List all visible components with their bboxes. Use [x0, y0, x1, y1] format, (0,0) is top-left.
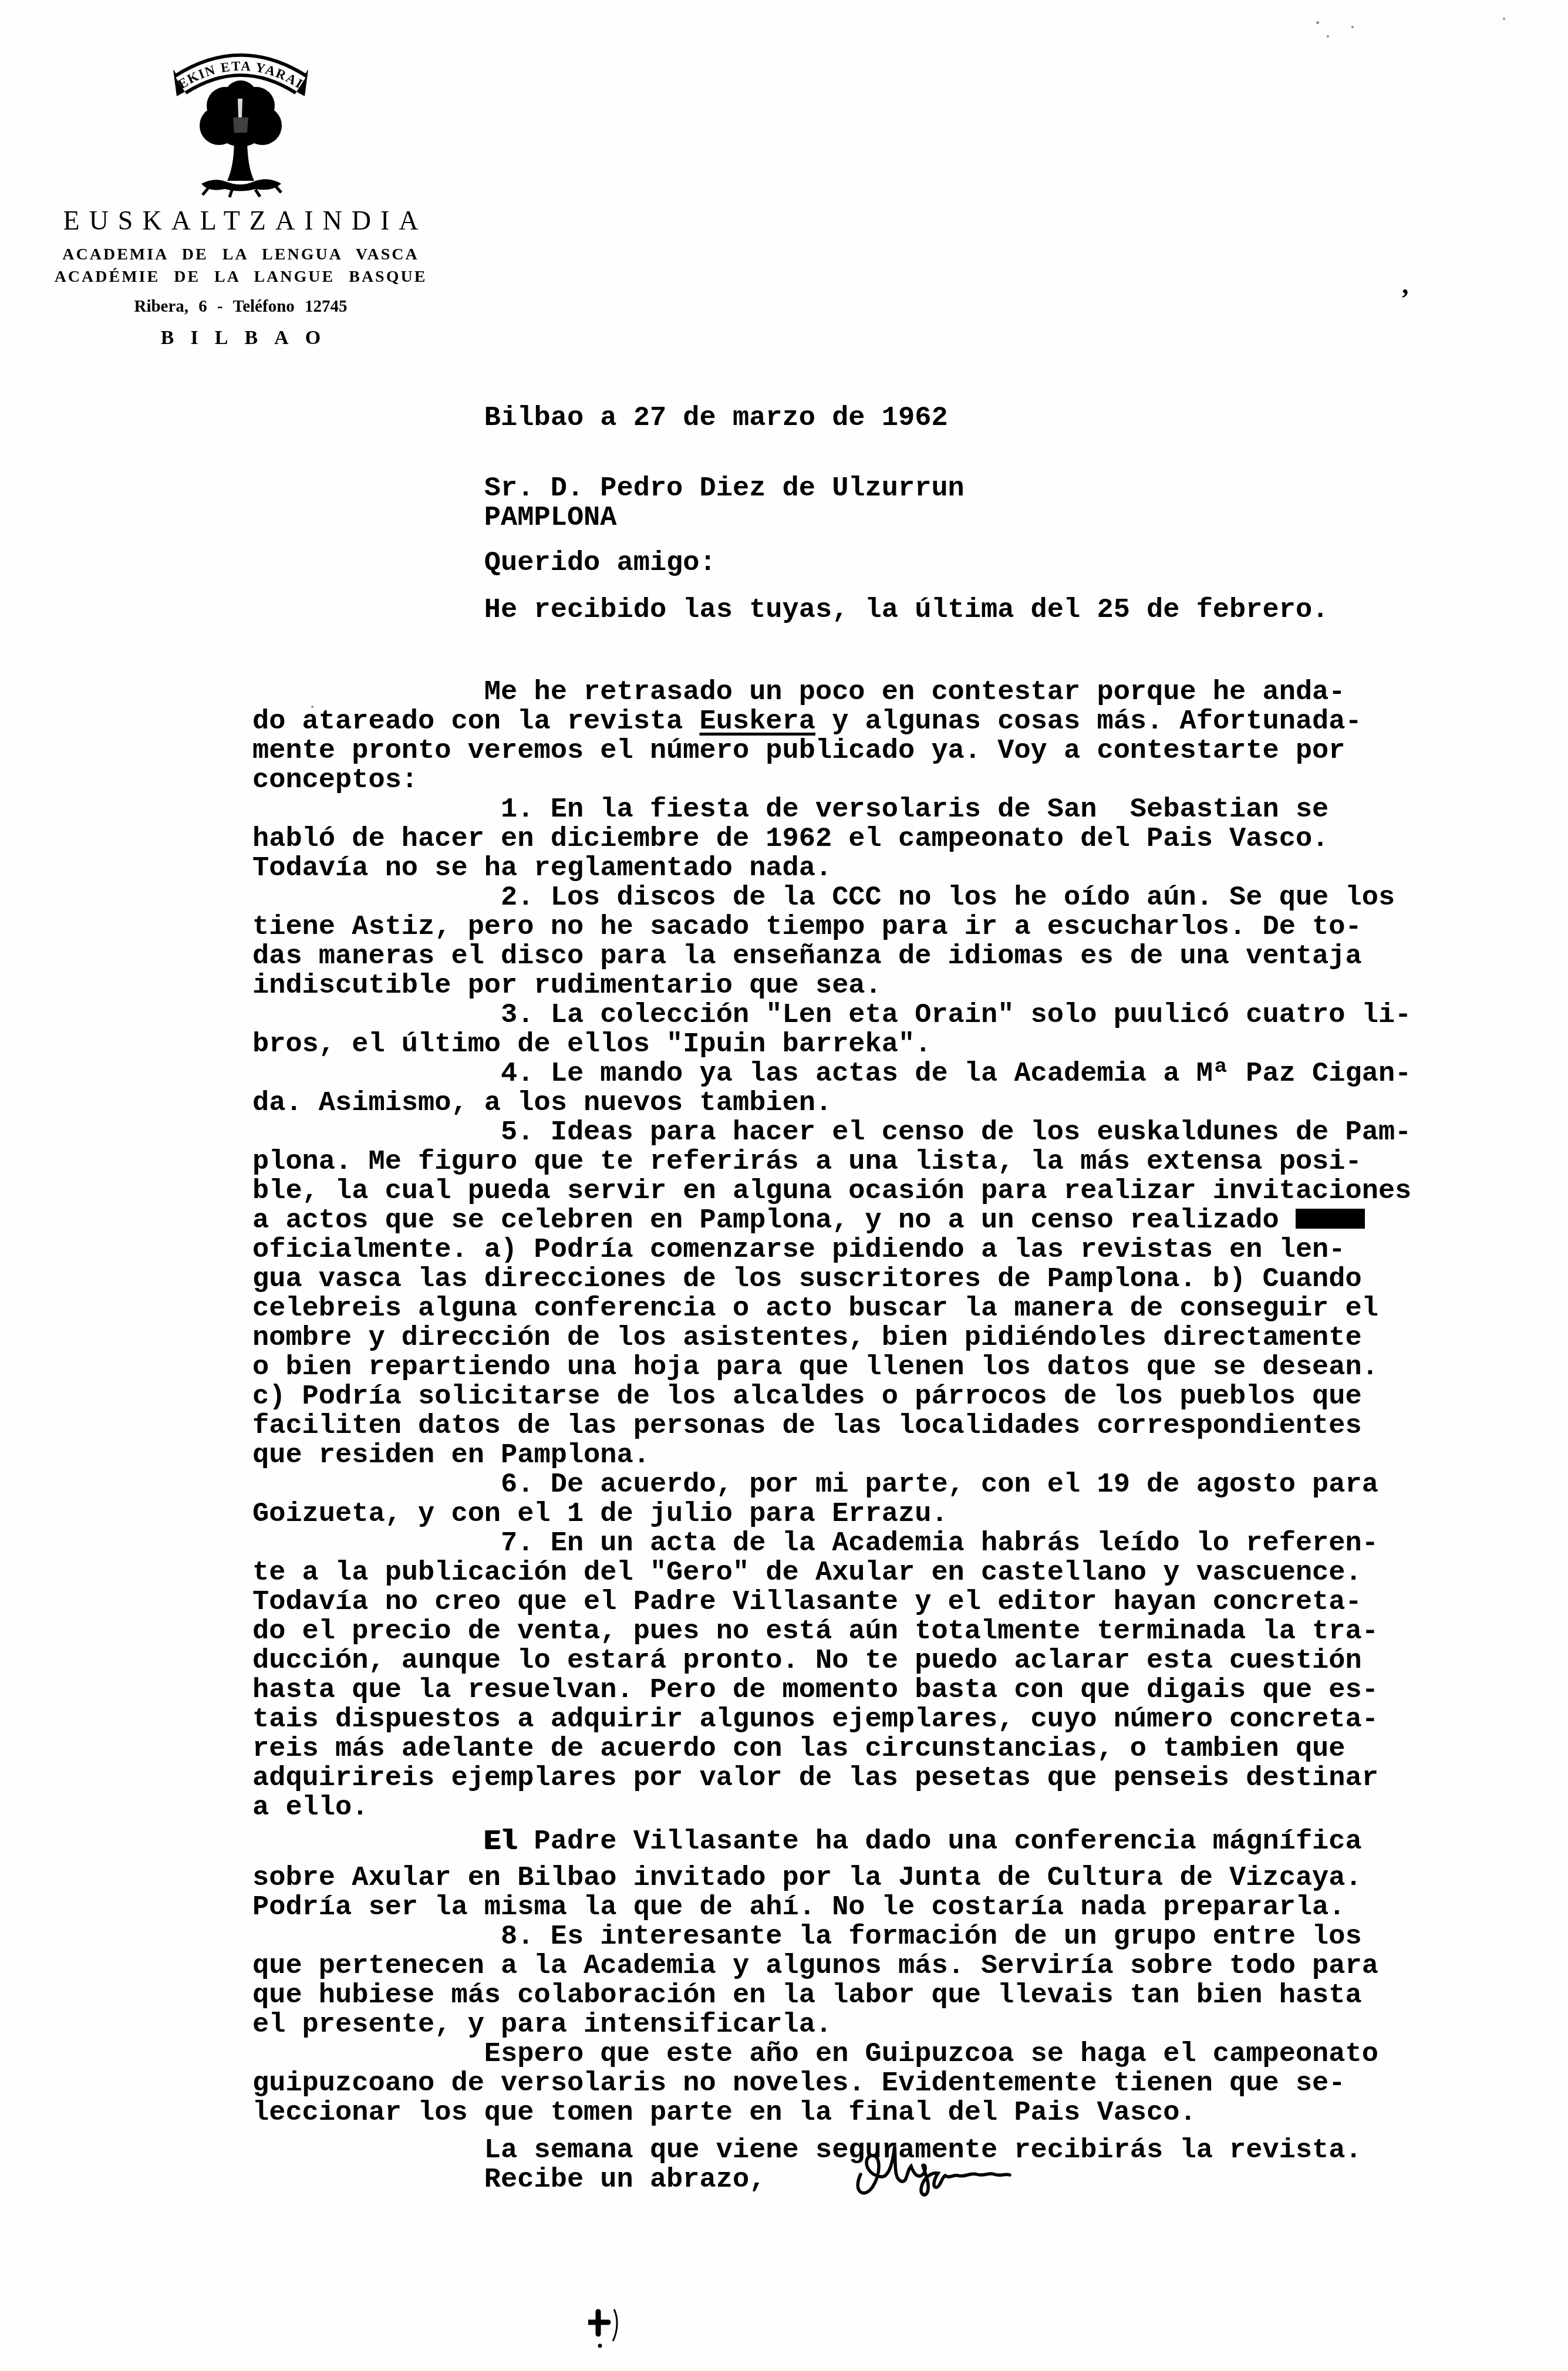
letter-line: ducción, aunque lo estará pronto. No te … — [252, 1647, 1544, 1676]
letter-text: faciliten datos de las personas de las l… — [252, 1411, 1362, 1442]
letter-text: El — [484, 1826, 517, 1857]
letter-text: 6. De acuerdo, por mi parte, con el 19 d… — [501, 1469, 1378, 1500]
letter-line: que pertenecen a la Academia y algunos m… — [252, 1952, 1544, 1981]
letter-line: plona. Me figuro que te referirás a una … — [252, 1148, 1544, 1177]
letter-text: adquirireis ejemplares por valor de las … — [252, 1763, 1378, 1794]
letter-line: te a la publicación del "Gero" de Axular… — [252, 1559, 1544, 1588]
letter-text: celebreis alguna conferencia o acto busc… — [252, 1293, 1378, 1324]
letter-text: 1. En la fiesta de versolaris de San Seb… — [501, 794, 1328, 825]
letter-text: bros, el último de ellos "Ipuin barreka"… — [252, 1029, 931, 1060]
letter-text: Todavía no se ha reglamentado nada. — [252, 853, 832, 884]
scan-speck — [1327, 35, 1329, 38]
letter-line: oficialmente. a) Podría comenzarse pidie… — [252, 1236, 1544, 1265]
letter-text: el presente, y para intensificarla. — [252, 2009, 832, 2041]
scan-speck — [1503, 18, 1505, 20]
scan-speck — [311, 706, 313, 708]
letter-line: sobre Axular en Bilbao invitado por la J… — [252, 1864, 1544, 1893]
letter-text: habló de hacer en diciembre de 1962 el c… — [252, 824, 1328, 855]
letter-text: 4. Le mando ya las actas de la Academia … — [501, 1058, 1411, 1090]
letter-text: Sr. D. Pedro Diez de Ulzurrun — [484, 473, 965, 504]
letter-line: Todavía no creo que el Padre Villasante … — [252, 1588, 1544, 1617]
tree-roots — [201, 179, 281, 191]
letter-text: o bien repartiendo una hoja para que lle… — [252, 1352, 1378, 1383]
letterhead-name: EUSKALTZAINDIA — [32, 205, 449, 236]
letter-text: Me he retrasado un poco en contestar por… — [484, 677, 1346, 708]
letter-line: adquirireis ejemplares por valor de las … — [252, 1764, 1544, 1793]
scanned-letter-page: EKIN ETA YARAI EUSKALTZAINDIA ACADEMIA D… — [0, 0, 1568, 2371]
letter-text: do atareado con la revista — [252, 706, 700, 737]
letter-line: Espero que este año en Guipuzcoa se haga… — [252, 2040, 1544, 2069]
letter-text: a actos que se celebren en Pamplona, y n… — [252, 1205, 1296, 1236]
letter-text: Espero que este año en Guipuzcoa se haga… — [484, 2039, 1378, 2070]
letter-line: do el precio de venta, pues no está aún … — [252, 1617, 1544, 1647]
letter-text: mente pronto veremos el número publicado… — [252, 736, 1346, 767]
letter-line: ble, la cual pueda servir en alguna ocas… — [252, 1177, 1544, 1206]
letter-text: indiscutible por rudimentario que sea. — [252, 970, 882, 1001]
letterhead-subtitle-fr: ACADÉMIE DE LA LANGUE BASQUE — [32, 268, 449, 286]
letter-line: indiscutible por rudimentario que sea. — [252, 972, 1544, 1001]
letter-text: gua vasca las direcciones de los suscrit… — [252, 1264, 1362, 1295]
letter-text: 2. Los discos de la CCC no los he oído a… — [501, 882, 1395, 913]
letter-text: que hubiese más colaboración en la labor… — [252, 1980, 1362, 2011]
letter-text: que pertenecen a la Academia y algunos m… — [252, 1951, 1378, 1982]
letter-line: habló de hacer en diciembre de 1962 el c… — [252, 825, 1544, 854]
letter-text: Euskera — [700, 706, 815, 737]
letter-line: nombre y dirección de los asistentes, bi… — [252, 1324, 1544, 1353]
letter-line: guipuzcoano de versolaris no noveles. Ev… — [252, 2069, 1544, 2099]
redaction-box — [1296, 1209, 1365, 1229]
letter-line: Querido amigo: — [252, 549, 1544, 578]
letter-line: que residen en Pamplona. — [252, 1441, 1544, 1471]
letter-body: Bilbao a 27 de marzo de 1962Sr. D. Pedro… — [252, 404, 1544, 2195]
letter-line: a actos que se celebren en Pamplona, y n… — [252, 1206, 1544, 1236]
letter-text: te a la publicación del "Gero" de Axular… — [252, 1557, 1362, 1588]
letter-line: bros, el último de ellos "Ipuin barreka"… — [252, 1030, 1544, 1060]
letter-text: oficialmente. a) Podría comenzarse pidie… — [252, 1235, 1346, 1266]
letter-text: Querido amigo: — [484, 548, 716, 579]
letter-line: PAMPLONA — [252, 504, 1544, 533]
letter-line: 7. En un acta de la Academia habrás leíd… — [252, 1529, 1544, 1559]
signature-scribble — [841, 2138, 1023, 2208]
letter-text: c) Podría solicitarse de los alcaldes o … — [252, 1381, 1362, 1412]
letter-line: Sr. D. Pedro Diez de Ulzurrun — [252, 474, 1544, 504]
letter-text: que residen en Pamplona. — [252, 1440, 650, 1471]
letter-line: 2. Los discos de la CCC no los he oído a… — [252, 883, 1544, 913]
letter-line: leccionar los que tomen parte en la fina… — [252, 2099, 1544, 2128]
letter-text: Podría ser la misma la que de ahí. No le… — [252, 1892, 1346, 1923]
letter-line: a ello. — [252, 1793, 1544, 1823]
letter-text: da. Asimismo, a los nuevos tambien. — [252, 1088, 832, 1119]
letterhead-city: BILBAO — [32, 327, 449, 349]
letter-text: 7. En un acta de la Academia habrás leíd… — [501, 1528, 1378, 1559]
letter-text: ducción, aunque lo estará pronto. No te … — [252, 1645, 1362, 1677]
letter-text: 5. Ideas para hacer el censo de los eusk… — [501, 1117, 1411, 1148]
scan-speck — [1351, 26, 1354, 28]
letter-line: da. Asimismo, a los nuevos tambien. — [252, 1089, 1544, 1118]
letter-text: a ello. — [252, 1792, 368, 1823]
letter-text: conceptos: — [252, 765, 418, 796]
letter-line: 8. Es interesante la formación de un gru… — [252, 1923, 1544, 1952]
letter-text: Goizueta, y con el 1 de julio para Erraz… — [252, 1499, 948, 1530]
letter-line: que hubiese más colaboración en la labor… — [252, 1981, 1544, 2011]
letter-text: sobre Axular en Bilbao invitado por la J… — [252, 1863, 1362, 1894]
letter-line: El Padre Villasante ha dado una conferen… — [252, 1827, 1544, 1857]
letterhead-subtitle-es: ACADEMIA DE LA LENGUA VASCA — [32, 245, 449, 264]
tree-trunk — [227, 142, 254, 181]
letter-text: y algunas cosas más. Afortunada- — [815, 706, 1362, 737]
letter-line: o bien repartiendo una hoja para que lle… — [252, 1353, 1544, 1382]
letter-line: conceptos: — [252, 766, 1544, 795]
letter-line: Bilbao a 27 de marzo de 1962 — [252, 404, 1544, 433]
letter-text: das maneras el disco para la enseñanza d… — [252, 941, 1362, 972]
letter-line: Me he retrasado un poco en contestar por… — [252, 678, 1544, 707]
scan-speck — [1316, 21, 1319, 24]
letter-text: 3. La colección "Len eta Orain" solo puu… — [501, 1000, 1411, 1031]
letter-text: 8. Es interesante la formación de un gru… — [501, 1921, 1362, 1952]
letter-text: ble, la cual pueda servir en alguna ocas… — [252, 1176, 1411, 1207]
letter-text: guipuzcoano de versolaris no noveles. Ev… — [252, 2068, 1346, 2099]
letter-line: gua vasca las direcciones de los suscrit… — [252, 1265, 1544, 1294]
letter-line: Podría ser la misma la que de ahí. No le… — [252, 1893, 1544, 1923]
letterhead: EKIN ETA YARAI EUSKALTZAINDIA ACADEMIA D… — [32, 29, 449, 349]
letter-text: He recibido las tuyas, la última del 25 … — [484, 595, 1328, 626]
letterhead-address: Ribera, 6 - Teléfono 12745 — [32, 297, 449, 316]
letter-line: 1. En la fiesta de versolaris de San Seb… — [252, 795, 1544, 825]
letter-line: do atareado con la revista Euskera y alg… — [252, 707, 1544, 737]
letter-text: Todavía no creo que el Padre Villasante … — [252, 1587, 1362, 1618]
letter-line: mente pronto veremos el número publicado… — [252, 737, 1544, 766]
letter-line: Goizueta, y con el 1 de julio para Erraz… — [252, 1500, 1544, 1529]
letter-text: plona. Me figuro que te referirás a una … — [252, 1146, 1362, 1178]
letter-line: faciliten datos de las personas de las l… — [252, 1412, 1544, 1441]
letter-text: nombre y dirección de los asistentes, bi… — [252, 1323, 1362, 1354]
letter-line: reis más adelante de acuerdo con las cir… — [252, 1735, 1544, 1764]
letter-line: hasta que la resuelvan. Pero de momento … — [252, 1676, 1544, 1705]
letter-text: leccionar los que tomen parte en la fina… — [252, 2097, 1196, 2129]
academy-tree-logo: EKIN ETA YARAI — [167, 29, 314, 203]
letter-text: PAMPLONA — [484, 502, 617, 534]
letter-text: tiene Astiz, pero no he sacado tiempo pa… — [252, 912, 1362, 943]
letter-text: do el precio de venta, pues no está aún … — [252, 1616, 1378, 1647]
letter-line: c) Podría solicitarse de los alcaldes o … — [252, 1382, 1544, 1412]
letter-text: Recibe un abrazo, — [484, 2164, 766, 2195]
letter-text: Bilbao a 27 de marzo de 1962 — [484, 403, 948, 434]
letter-line: 3. La colección "Len eta Orain" solo puu… — [252, 1001, 1544, 1030]
letter-text: Padre Villasante ha dado una conferencia… — [517, 1826, 1361, 1857]
letter-text: hasta que la resuelvan. Pero de momento … — [252, 1675, 1378, 1706]
letter-line: das maneras el disco para la enseñanza d… — [252, 942, 1544, 972]
letter-text: tais dispuestos a adquirir algunos ejemp… — [252, 1704, 1378, 1735]
letter-text: reis más adelante de acuerdo con las cir… — [252, 1733, 1346, 1765]
letter-line: tais dispuestos a adquirir algunos ejemp… — [252, 1705, 1544, 1735]
letter-line: 6. De acuerdo, por mi parte, con el 19 d… — [252, 1471, 1544, 1500]
letter-line: 4. Le mando ya las actas de la Academia … — [252, 1060, 1544, 1089]
stray-pen-mark — [588, 2307, 629, 2354]
letter-line: celebreis alguna conferencia o acto busc… — [252, 1294, 1544, 1324]
letter-line: Todavía no se ha reglamentado nada. — [252, 854, 1544, 883]
letter-line: 5. Ideas para hacer el censo de los eusk… — [252, 1118, 1544, 1148]
letter-line: He recibido las tuyas, la última del 25 … — [252, 596, 1544, 625]
letter-line: tiene Astiz, pero no he sacado tiempo pa… — [252, 913, 1544, 942]
stray-comma-mark: , — [1402, 269, 1409, 300]
letter-line: el presente, y para intensificarla. — [252, 2011, 1544, 2040]
